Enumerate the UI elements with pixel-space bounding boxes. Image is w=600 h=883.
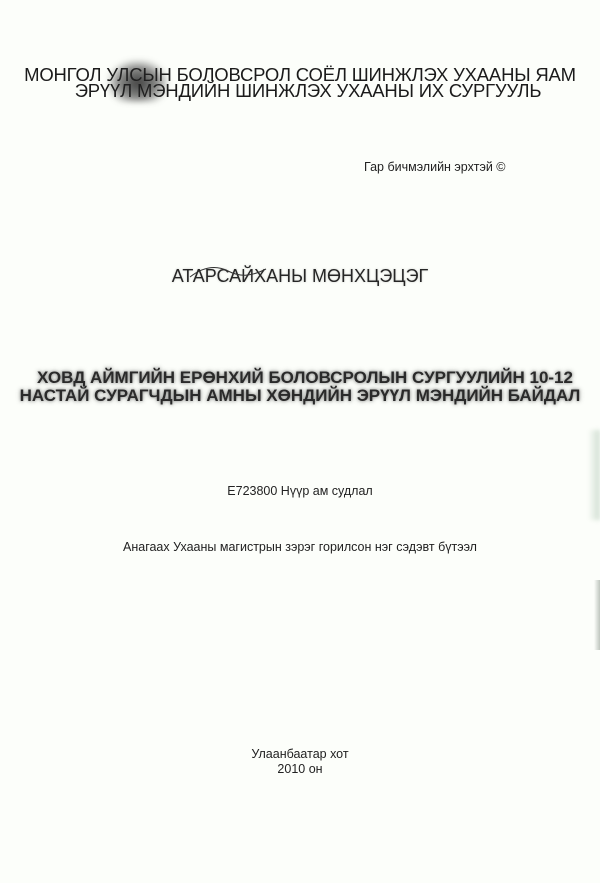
degree-statement: Анагаах Ухааны магистрын зэрэг горилсон … — [0, 540, 600, 554]
scan-edge-shadow — [588, 430, 600, 520]
scanned-thesis-cover-page: МОНГОЛ УЛСЫН БОЛОВСРОЛ СОЁЛ ШИНЖЛЭХ УХАА… — [0, 0, 600, 883]
thesis-title-line-1: ХОВД АЙМГИЙН ЕРӨНХИЙ БОЛОВСРОЛЫН СУРГУУЛ… — [5, 368, 600, 388]
thesis-title-line-2: НАСТАЙ СУРАГЧДЫН АМНЫ ХӨНДИЙН ЭРҮҮЛ МЭНД… — [0, 386, 600, 406]
scan-edge-shadow — [594, 580, 600, 650]
university-name: ЭРҮҮЛ МЭНДИЙН ШИНЖЛЭХ УХААНЫ ИХ СУРГУУЛЬ — [8, 80, 600, 102]
specialty-code: E723800 Нүүр ам судлал — [0, 484, 600, 498]
author-name: АТАРСАЙХАНЫ МӨНХЦЭЦЭГ — [0, 266, 600, 287]
copyright-notice: Гар бичмэлийн эрхтэй © — [364, 160, 506, 174]
city: Улаанбаатар хот — [0, 747, 600, 761]
year: 2010 он — [0, 762, 600, 776]
